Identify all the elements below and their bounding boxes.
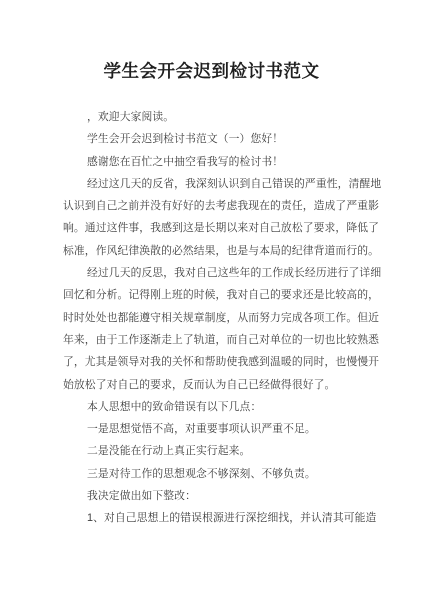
text-line: 我决定做出如下整改： bbox=[63, 485, 393, 507]
text-line: 始放松了对自己的要求，反而认为自己已经做得很好了。 bbox=[63, 374, 393, 396]
text-line: 认识到自己之前并没有好好的去考虑我现在的责任，造成了严重影 bbox=[63, 195, 393, 217]
text-line: 1、对自己思想上的错误根源进行深挖细找，并认清其可能造 bbox=[63, 507, 393, 529]
text-line: 三是对待工作的思想观念不够深刻、不够负责。 bbox=[63, 463, 393, 485]
text-line: 经过这几天的反省，我深刻认识到自己错误的严重性，清醒地 bbox=[63, 173, 393, 195]
text-line: 二是没能在行动上真正实行起来。 bbox=[63, 440, 393, 462]
text-line: 了，尤其是领导对我的关怀和帮助使我感到温暖的同时，也慢慢开 bbox=[63, 351, 393, 373]
text-line: 回忆和分析。记得刚上班的时候，我对自己的要求还是比较高的， bbox=[63, 284, 393, 306]
text-line: 标准，作风纪律涣散的必然结果，也是与本局的纪律背道而行的。 bbox=[63, 240, 393, 262]
page-title: 学生会开会迟到检讨书范文 bbox=[0, 58, 423, 83]
text-line: 时时处处也都能遵守相关规章制度，从而努力完成各项工作。但近 bbox=[63, 307, 393, 329]
document-body: ，欢迎大家阅读。 学生会开会迟到检讨书范文（一）您好！ 感谢您在百忙之中抽空看我… bbox=[63, 106, 393, 530]
text-line: ，欢迎大家阅读。 bbox=[63, 106, 393, 128]
text-line: 一是思想觉悟不高，对重要事项认识严重不足。 bbox=[63, 418, 393, 440]
text-line: 本人思想中的致命错误有以下几点： bbox=[63, 396, 393, 418]
text-line: 感谢您在百忙之中抽空看我写的检讨书！ bbox=[63, 151, 393, 173]
document-page: 学生会开会迟到检讨书范文 ，欢迎大家阅读。 学生会开会迟到检讨书范文（一）您好！… bbox=[0, 0, 423, 600]
text-line: 经过几天的反思，我对自己这些年的工作成长经历进行了详细 bbox=[63, 262, 393, 284]
text-line: 年来，由于工作逐渐走上了轨道，而自己对单位的一切也比较熟悉 bbox=[63, 329, 393, 351]
text-line: 学生会开会迟到检讨书范文（一）您好！ bbox=[63, 128, 393, 150]
text-line: 响。通过这件事，我感到这是长期以来对自己放松了要求，降低了 bbox=[63, 217, 393, 239]
